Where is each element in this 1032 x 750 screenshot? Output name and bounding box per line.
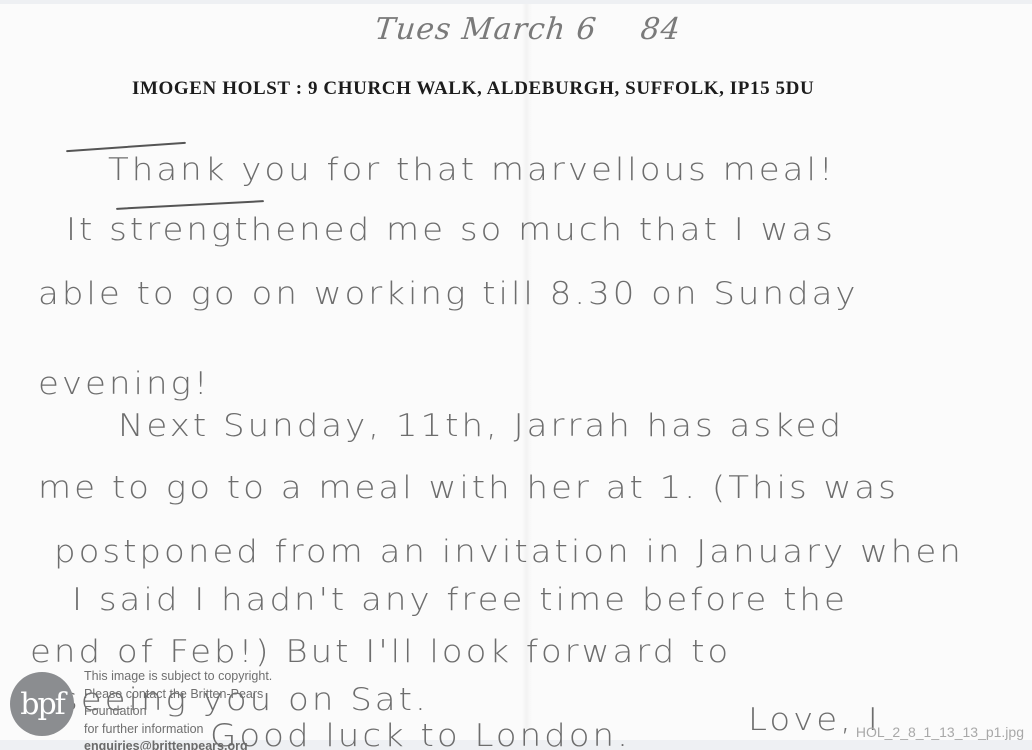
watermark-line: Please contact the Britten-Pears Foundat… xyxy=(84,686,310,721)
letterhead: IMOGEN HOLST : 9 CHURCH WALK, ALDEBURGH,… xyxy=(132,78,814,100)
letter-line: It strengthened me so much that I was xyxy=(66,212,836,249)
handwritten-date: Tues March 684 xyxy=(373,12,683,47)
letter-line: postponed from an invitation in January … xyxy=(54,534,964,571)
letter-line: evening! xyxy=(38,366,211,403)
watermark-line: This image is subject to copyright. xyxy=(84,668,310,686)
email-link[interactable]: enquiries@brittenpears.org xyxy=(84,738,310,750)
letter-line: end of Feb!) But I'll look forward to xyxy=(30,634,731,671)
letter-page: Tues March 684 IMOGEN HOLST : 9 CHURCH W… xyxy=(0,4,1032,740)
bpf-logo: bpf xyxy=(10,672,74,736)
date-text: Tues March 6 xyxy=(373,12,598,47)
underline-decoration xyxy=(116,200,264,210)
letter-line: I said I hadn't any free time before the xyxy=(72,582,848,619)
date-year: 84 xyxy=(639,12,683,47)
letter-line: me to go to a meal with her at 1. (This … xyxy=(38,470,899,507)
letter-line: Thank you for that marvellous meal! xyxy=(108,152,836,189)
watermark-text: This image is subject to copyright. Plea… xyxy=(84,668,310,750)
letter-line: able to go on working till 8.30 on Sunda… xyxy=(38,276,859,313)
copyright-watermark: bpf This image is subject to copyright. … xyxy=(10,668,310,748)
letter-line: Next Sunday, 11th, Jarrah has asked xyxy=(118,408,844,445)
watermark-line: for further information xyxy=(84,721,310,739)
filename-label: HOL_2_8_1_13_13_p1.jpg xyxy=(856,724,1024,740)
